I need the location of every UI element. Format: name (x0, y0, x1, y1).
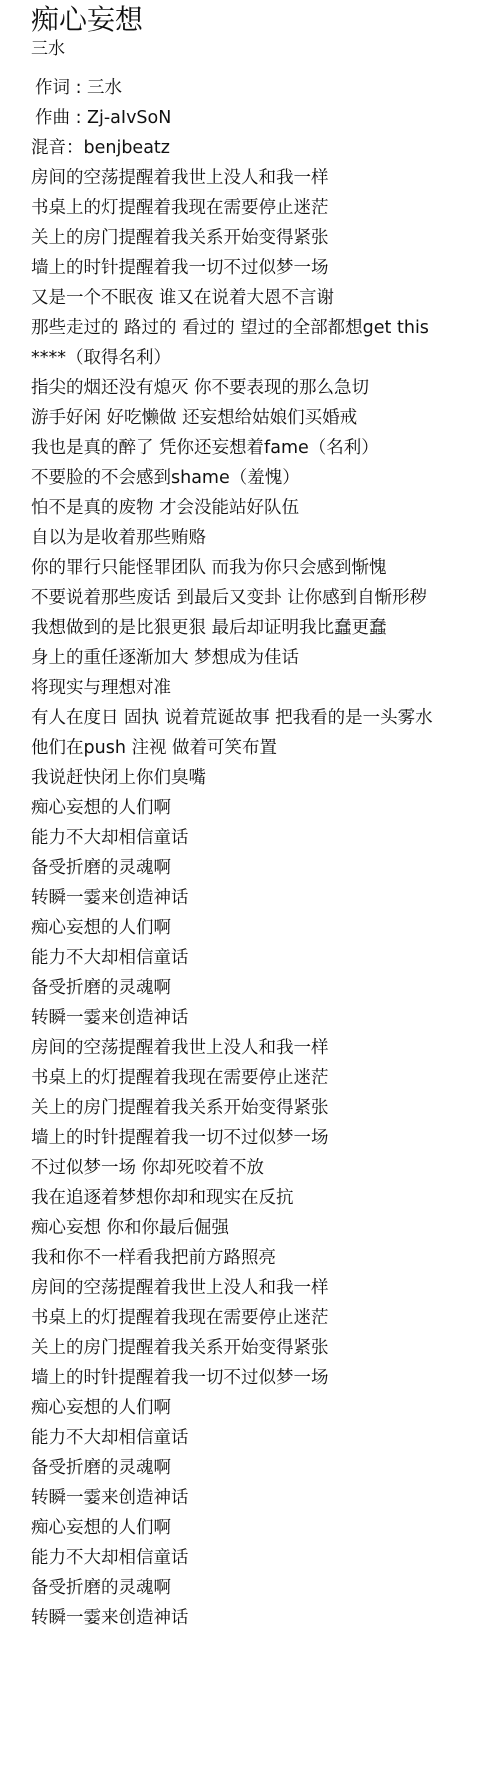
lyric-line: 你的罪行只能怪罪团队 而我为你只会感到惭愧 (31, 553, 500, 583)
lyrics-page: 痴心妄想 三水 作词 : 三水 作曲 : Zj-aIvSoN 混音：benjbe… (0, 0, 500, 1633)
lyric-line: ****（取得名利） (31, 343, 500, 373)
lyric-line: 书桌上的灯提醒着我现在需要停止迷茫 (31, 193, 500, 223)
lyric-line: 墙上的时针提醒着我一切不过似梦一场 (31, 1123, 500, 1153)
lyric-line: 转瞬一霎来创造神话 (31, 1003, 500, 1033)
lyric-line: 我也是真的醉了 凭你还妄想着fame（名利） (31, 433, 500, 463)
lyric-line: 怕不是真的废物 才会没能站好队伍 (31, 493, 500, 523)
lyric-line: 痴心妄想的人们啊 (31, 1513, 500, 1543)
lyric-line: 有人在度日 固执 说着荒诞故事 把我看的是一头雾水 (31, 703, 500, 733)
lyric-line: 能力不大却相信童话 (31, 943, 500, 973)
lyric-line: 关上的房门提醒着我关系开始变得紧张 (31, 1093, 500, 1123)
lyric-line: 那些走过的 路过的 看过的 望过的全部都想get this (31, 313, 500, 343)
lyric-line: 痴心妄想的人们啊 (31, 1393, 500, 1423)
lyric-line: 游手好闲 好吃懒做 还妄想给姑娘们买婚戒 (31, 403, 500, 433)
lyric-line: 不要脸的不会感到shame（羞愧） (31, 463, 500, 493)
lyric-line: 转瞬一霎来创造神话 (31, 1483, 500, 1513)
lyric-line: 我说赶快闭上你们臭嘴 (31, 763, 500, 793)
lyric-line: 书桌上的灯提醒着我现在需要停止迷茫 (31, 1063, 500, 1093)
lyric-line: 墙上的时针提醒着我一切不过似梦一场 (31, 253, 500, 283)
credit-lyricist: 作词 : 三水 (31, 73, 500, 103)
lyric-line: 备受折磨的灵魂啊 (31, 1573, 500, 1603)
lyric-line: 自以为是收着那些贿赂 (31, 523, 500, 553)
lyric-line: 指尖的烟还没有熄灭 你不要表现的那么急切 (31, 373, 500, 403)
lyric-line: 将现实与理想对准 (31, 673, 500, 703)
song-artist: 三水 (31, 38, 500, 60)
lyric-line: 备受折磨的灵魂啊 (31, 853, 500, 883)
lyric-line: 房间的空荡提醒着我世上没人和我一样 (31, 163, 500, 193)
lyric-line: 我在追逐着梦想你却和现实在反抗 (31, 1183, 500, 1213)
lyric-line: 房间的空荡提醒着我世上没人和我一样 (31, 1033, 500, 1063)
lyric-line: 他们在push 注视 做着可笑布置 (31, 733, 500, 763)
credit-composer: 作曲 : Zj-aIvSoN (31, 103, 500, 133)
lyric-line: 备受折磨的灵魂啊 (31, 973, 500, 1003)
lyric-line: 关上的房门提醒着我关系开始变得紧张 (31, 223, 500, 253)
lyric-line: 墙上的时针提醒着我一切不过似梦一场 (31, 1363, 500, 1393)
lyrics-lines: 房间的空荡提醒着我世上没人和我一样书桌上的灯提醒着我现在需要停止迷茫关上的房门提… (31, 163, 500, 1633)
song-title: 痴心妄想 (31, 2, 500, 38)
lyric-line: 关上的房门提醒着我关系开始变得紧张 (31, 1333, 500, 1363)
lyric-line: 能力不大却相信童话 (31, 1423, 500, 1453)
lyric-line: 转瞬一霎来创造神话 (31, 1603, 500, 1633)
lyric-line: 房间的空荡提醒着我世上没人和我一样 (31, 1273, 500, 1303)
lyric-line: 痴心妄想的人们啊 (31, 913, 500, 943)
lyric-line: 能力不大却相信童话 (31, 1543, 500, 1573)
lyric-line: 痴心妄想 你和你最后倔强 (31, 1213, 500, 1243)
lyric-line: 不要说着那些废话 到最后又变卦 让你感到自惭形秽 (31, 583, 500, 613)
lyric-line: 痴心妄想的人们啊 (31, 793, 500, 823)
lyric-line: 身上的重任逐渐加大 梦想成为佳话 (31, 643, 500, 673)
credit-mixing: 混音：benjbeatz (31, 133, 500, 163)
lyric-line: 书桌上的灯提醒着我现在需要停止迷茫 (31, 1303, 500, 1333)
lyrics-list: 作词 : 三水 作曲 : Zj-aIvSoN 混音：benjbeatz (31, 73, 500, 163)
lyric-line: 我想做到的是比狠更狠 最后却证明我比蠢更蠢 (31, 613, 500, 643)
lyric-line: 不过似梦一场 你却死咬着不放 (31, 1153, 500, 1183)
lyric-line: 又是一个不眠夜 谁又在说着大恩不言谢 (31, 283, 500, 313)
lyric-line: 转瞬一霎来创造神话 (31, 883, 500, 913)
lyric-line: 能力不大却相信童话 (31, 823, 500, 853)
lyric-line: 备受折磨的灵魂啊 (31, 1453, 500, 1483)
lyric-line: 我和你不一样看我把前方路照亮 (31, 1243, 500, 1273)
